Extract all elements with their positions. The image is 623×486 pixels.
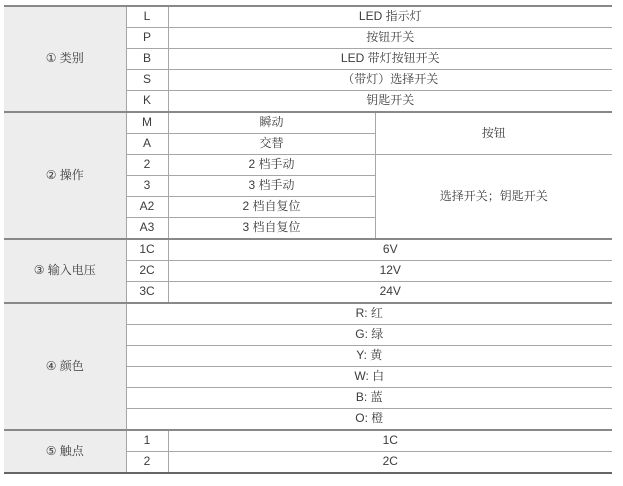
code-cell: 2: [126, 452, 168, 474]
page: ① 类别 L LED 指示灯 P 按钮开关 B LED 带灯按钮开关 S （带灯…: [0, 5, 623, 486]
code-cell: 2C: [126, 261, 168, 282]
value-cell: 1C: [168, 430, 612, 452]
code-cell: A: [126, 134, 168, 155]
value-cell: LED 带灯按钮开关: [168, 49, 612, 70]
value-cell: G: 绿: [126, 325, 612, 346]
code-cell: 3C: [126, 282, 168, 304]
section-label-operation: ② 操作: [4, 112, 126, 239]
section-label-color: ④ 颜色: [4, 303, 126, 430]
value-cell: Y: 黄: [126, 346, 612, 367]
value-cell: 2 档自复位: [168, 197, 375, 218]
code-cell: M: [126, 112, 168, 134]
code-cell: 2: [126, 155, 168, 176]
table-row: ⑤ 触点 1 1C: [4, 430, 612, 452]
value-cell: R: 红: [126, 303, 612, 325]
value-cell: 瞬动: [168, 112, 375, 134]
value-cell: 交替: [168, 134, 375, 155]
value-cell: 2C: [168, 452, 612, 474]
section-label-category: ① 类别: [4, 6, 126, 112]
value-cell: 6V: [168, 239, 612, 261]
section-label-contacts: ⑤ 触点: [4, 430, 126, 473]
value-cell: 24V: [168, 282, 612, 304]
table-row: ① 类别 L LED 指示灯: [4, 6, 612, 28]
code-cell: K: [126, 91, 168, 113]
value-cell: W: 白: [126, 367, 612, 388]
code-cell: B: [126, 49, 168, 70]
section-label-voltage: ③ 输入电压: [4, 239, 126, 303]
table-row: ④ 颜色 R: 红: [4, 303, 612, 325]
code-cell: A2: [126, 197, 168, 218]
code-cell: A3: [126, 218, 168, 240]
code-cell: 1: [126, 430, 168, 452]
code-cell: S: [126, 70, 168, 91]
value-cell: B: 蓝: [126, 388, 612, 409]
value-cell: 2 档手动: [168, 155, 375, 176]
value-cell: O: 橙: [126, 409, 612, 431]
code-cell: 1C: [126, 239, 168, 261]
code-cell: 3: [126, 176, 168, 197]
group-cell-selector: 选择开关；钥匙开关: [375, 155, 612, 240]
table-row: ③ 输入电压 1C 6V: [4, 239, 612, 261]
value-cell: 3 档手动: [168, 176, 375, 197]
code-cell: L: [126, 6, 168, 28]
code-cell: P: [126, 28, 168, 49]
value-cell: （带灯）选择开关: [168, 70, 612, 91]
group-cell-pushbutton: 按钮: [375, 112, 612, 155]
value-cell: LED 指示灯: [168, 6, 612, 28]
value-cell: 按钮开关: [168, 28, 612, 49]
value-cell: 12V: [168, 261, 612, 282]
value-cell: 钥匙开关: [168, 91, 612, 113]
value-cell: 3 档自复位: [168, 218, 375, 240]
spec-table: ① 类别 L LED 指示灯 P 按钮开关 B LED 带灯按钮开关 S （带灯…: [4, 5, 612, 474]
table-row: ② 操作 M 瞬动 按钮: [4, 112, 612, 134]
